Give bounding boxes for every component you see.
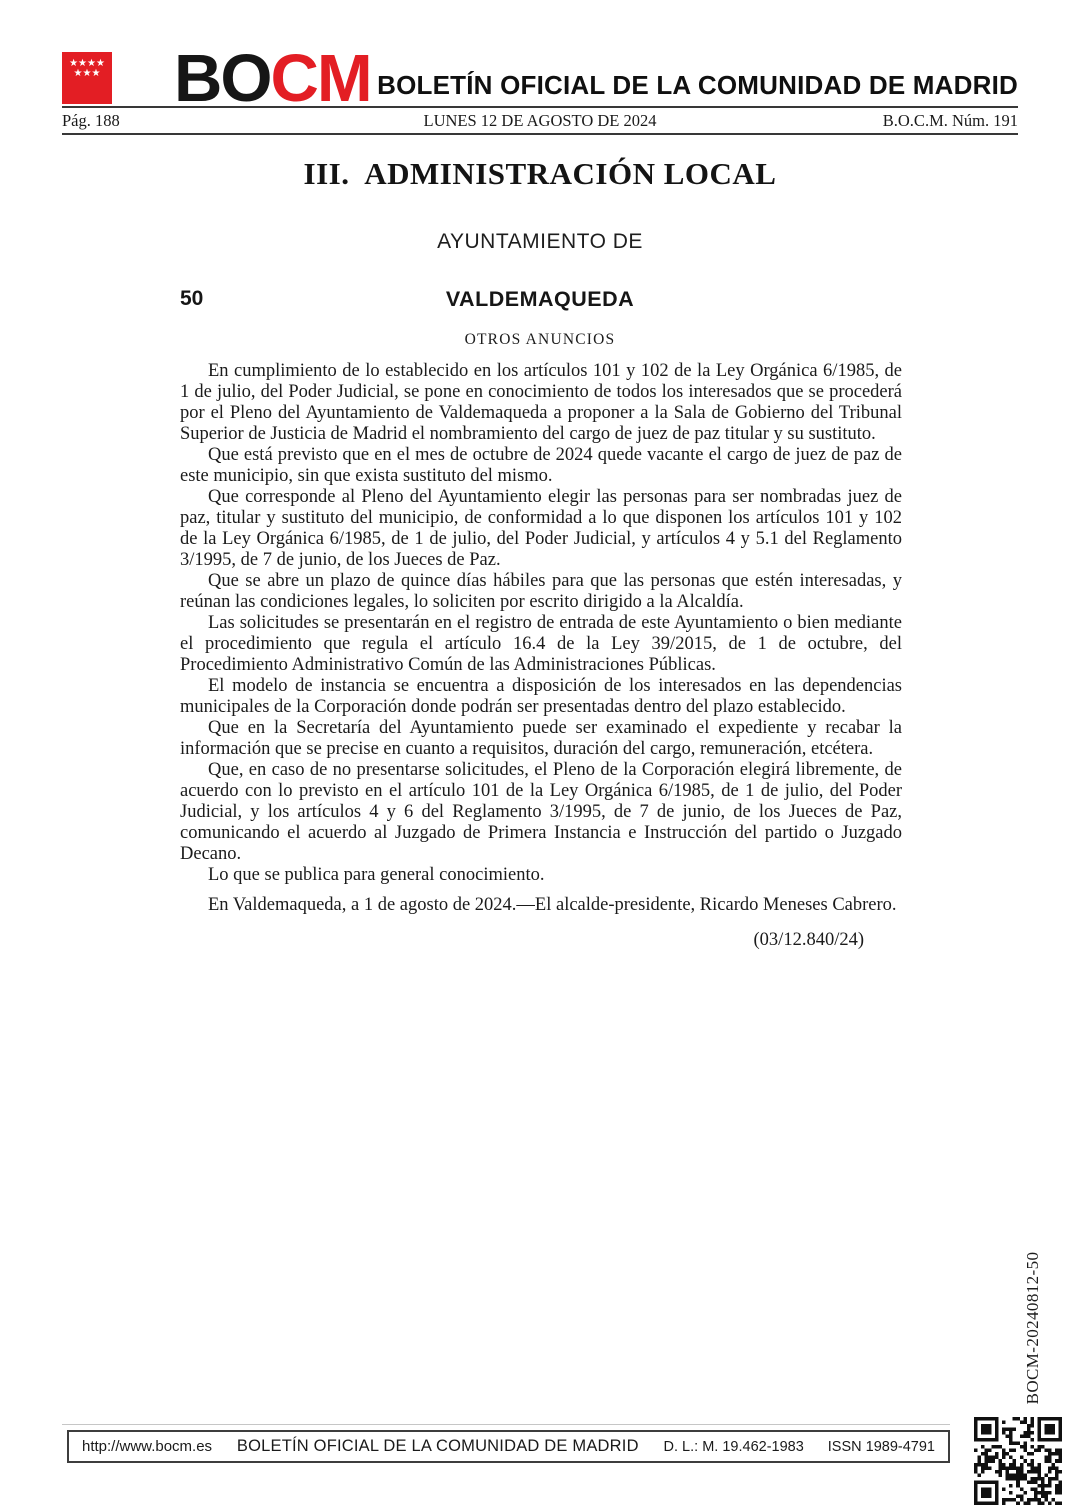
municipality-heading: VALDEMAQUEDA <box>0 287 1080 312</box>
body-paragraph: Que corresponde al Pleno del Ayuntamient… <box>180 487 902 571</box>
publication-reference: (03/12.840/24) <box>180 930 902 951</box>
bocm-wordmark-bo: BO <box>174 41 271 116</box>
body-paragraph: Las solicitudes se presentarán en el reg… <box>180 613 902 676</box>
bocm-url-link[interactable]: http://www.bocm.es <box>82 1438 212 1455</box>
issn-label: ISSN 1989-4791 <box>828 1439 935 1455</box>
madrid-flag-stars-icon: ★★★★ ★★★ <box>64 59 110 79</box>
article-body: En cumplimiento de lo establecido en los… <box>180 361 902 951</box>
bocm-wordmark-cm: CM <box>271 41 371 116</box>
body-paragraph: El modelo de instancia se encuentra a di… <box>180 676 902 718</box>
bocm-wordmark: BOCM <box>174 45 371 112</box>
footer-divider <box>62 1424 950 1425</box>
closing-signature-paragraph: En Valdemaqueda, a 1 de agosto de 2024.—… <box>180 895 902 916</box>
page-number-label: Pág. 188 <box>62 111 302 131</box>
qr-code-icon <box>974 1417 1062 1505</box>
issue-date-label: LUNES 12 DE AGOSTO DE 2024 <box>302 111 778 131</box>
body-paragraph: Que en la Secretaría del Ayuntamiento pu… <box>180 718 902 760</box>
issue-number-label: B.O.C.M. Núm. 191 <box>778 111 1018 131</box>
body-paragraph: En cumplimiento de lo establecido en los… <box>180 361 902 445</box>
footer-bar: http://www.bocm.es BOLETÍN OFICIAL DE LA… <box>67 1430 950 1463</box>
header-rule-bottom <box>62 133 1018 135</box>
body-paragraph: Lo que se publica para general conocimie… <box>180 865 902 886</box>
footer-title: BOLETÍN OFICIAL DE LA COMUNIDAD DE MADRI… <box>212 1437 663 1456</box>
madrid-flag-icon: ★★★★ ★★★ <box>62 52 112 104</box>
body-paragraph: Que se abre un plazo de quince días hábi… <box>180 571 902 613</box>
subsection-heading: OTROS ANUNCIOS <box>0 331 1080 349</box>
header-meta-row: Pág. 188 LUNES 12 DE AGOSTO DE 2024 B.O.… <box>62 110 1018 132</box>
document-code-vertical: BOCM-20240812-50 <box>1023 1252 1043 1405</box>
section-title: III. ADMINISTRACIÓN LOCAL <box>0 156 1080 192</box>
qr-code-svg <box>974 1417 1062 1505</box>
legal-deposit-label: D. L.: M. 19.462-1983 <box>664 1439 804 1455</box>
gazette-page: ★★★★ ★★★ BOCM BOLETÍN OFICIAL DE LA COMU… <box>0 0 1080 1510</box>
flag-stars-row: ★★★ <box>64 69 110 79</box>
header-rule-top <box>62 106 1018 108</box>
body-paragraph: Que está previsto que en el mes de octub… <box>180 445 902 487</box>
body-paragraph: Que, en caso de no presentarse solicitud… <box>180 760 902 865</box>
masthead-title: BOLETÍN OFICIAL DE LA COMUNIDAD DE MADRI… <box>377 70 1018 101</box>
bocm-logo: ★★★★ ★★★ BOCM <box>62 52 112 104</box>
entity-heading: AYUNTAMIENTO DE <box>0 230 1080 254</box>
